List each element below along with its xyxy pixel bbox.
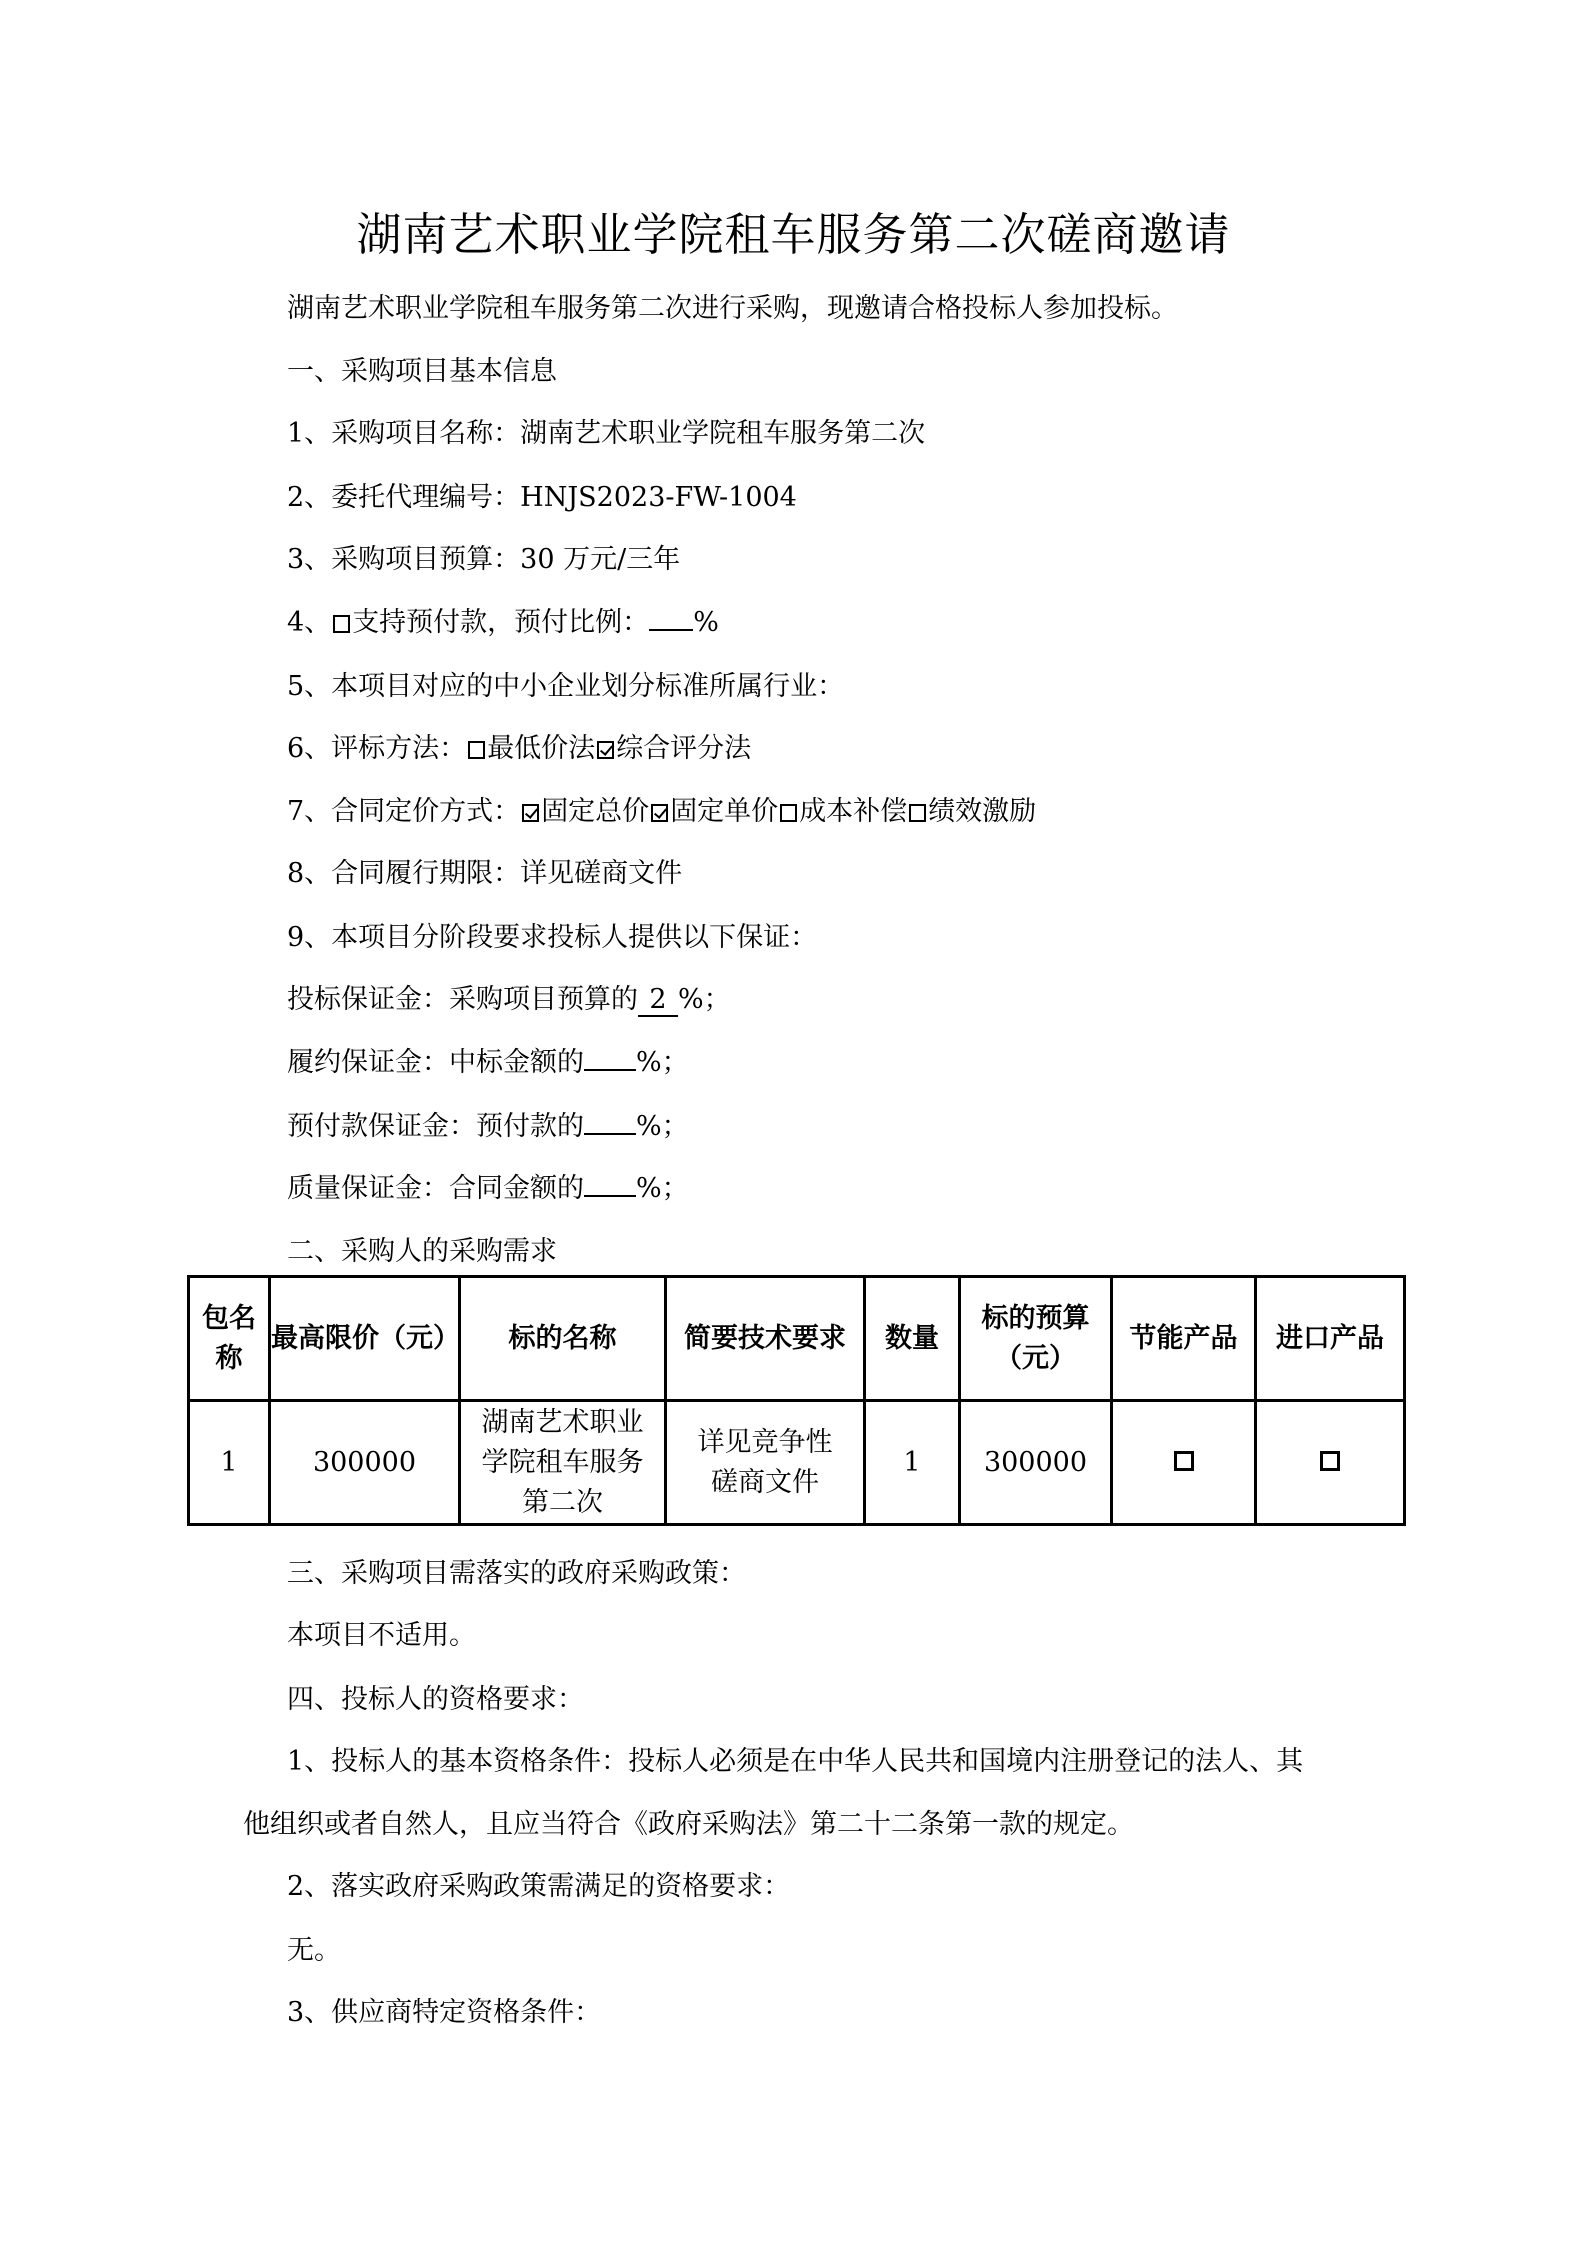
fixed-total-checkbox[interactable] (522, 804, 539, 822)
performance-guarantee-value (584, 1069, 636, 1071)
section3-heading: 三、采购项目需落实的政府采购政策： (287, 1556, 746, 1592)
section1-heading: 一、采购项目基本信息 (287, 354, 557, 390)
sme-industry-line: 5、本项目对应的中小企业划分标准所属行业： (287, 669, 844, 705)
quality-guarantee-line: 质量保证金：合同金额的%； (287, 1171, 689, 1207)
table-header-row: 包名称 最高限价（元） 标的名称 简要技术要求 数量 标的预算（元） 节能产品 … (189, 1277, 1405, 1401)
prepayment-label: 支持预付款，预付比例： (352, 607, 649, 638)
lowest-price-checkbox[interactable] (468, 741, 485, 759)
lowest-price-label: 最低价法 (487, 733, 595, 764)
table-row: 1 300000 湖南艺术职业学院租车服务第二次 详见竞争性磋商文件 1 300… (189, 1401, 1405, 1525)
performance-guarantee-label: 履约保证金：中标金额的 (287, 1047, 584, 1078)
bid-guarantee-value: 2 (638, 985, 678, 1017)
prepayment-checkbox[interactable] (333, 615, 350, 633)
quality-guarantee-value (584, 1195, 636, 1197)
intro-paragraph: 湖南艺术职业学院租车服务第二次进行采购，现邀请合格投标人参加投标。 (287, 291, 1178, 327)
basic-qualification-line2: 他组织或者自然人，且应当符合《政府采购法》第二十二条第一款的规定。 (243, 1807, 1134, 1843)
policy-qualification-body: 无。 (287, 1933, 341, 1969)
fixed-total-label: 固定总价 (541, 796, 649, 827)
prepayment-suffix: % (693, 607, 719, 638)
prepayment-guarantee-label: 预付款保证金：预付款的 (287, 1111, 584, 1142)
performance-guarantee-suffix: %； (636, 1047, 689, 1078)
cell-imported (1256, 1401, 1405, 1525)
cost-compensation-label: 成本补偿 (799, 796, 907, 827)
cell-budget: 300000 (960, 1401, 1112, 1525)
cell-package: 1 (189, 1401, 270, 1525)
section4-heading: 四、投标人的资格要求： (287, 1682, 584, 1718)
cell-max-price: 300000 (270, 1401, 460, 1525)
header-package: 包名称 (189, 1277, 270, 1401)
imported-checkbox[interactable] (1320, 1451, 1340, 1471)
header-subject-name: 标的名称 (460, 1277, 666, 1401)
specific-qualification-line: 3、供应商特定资格条件： (287, 1995, 601, 2031)
bid-guarantee-line: 投标保证金：采购项目预算的2%； (287, 982, 731, 1018)
requirements-table: 包名称 最高限价（元） 标的名称 简要技术要求 数量 标的预算（元） 节能产品 … (187, 1275, 1406, 1526)
header-energy-saving: 节能产品 (1112, 1277, 1256, 1401)
guarantee-intro-line: 9、本项目分阶段要求投标人提供以下保证： (287, 920, 817, 956)
prepayment-guarantee-line: 预付款保证金：预付款的%； (287, 1109, 689, 1145)
comprehensive-score-label: 综合评分法 (616, 733, 751, 764)
basic-qualification-line1: 1、投标人的基本资格条件：投标人必须是在中华人民共和国境内注册登记的法人、其 (287, 1744, 1303, 1780)
budget-line: 3、采购项目预算：30 万元/三年 (287, 542, 680, 578)
section3-body: 本项目不适用。 (287, 1618, 476, 1654)
project-name-line: 1、采购项目名称：湖南艺术职业学院租车服务第二次 (287, 416, 925, 452)
fixed-unit-checkbox[interactable] (651, 804, 668, 822)
quality-guarantee-suffix: %； (636, 1173, 689, 1204)
pricing-method-prefix: 7、合同定价方式： (287, 796, 520, 827)
evaluation-method-line: 6、评标方法：最低价法综合评分法 (287, 731, 751, 767)
header-tech-requirements: 简要技术要求 (666, 1277, 865, 1401)
prepayment-ratio-blank (649, 629, 693, 631)
performance-incentive-label: 绩效激励 (928, 796, 1036, 827)
performance-incentive-checkbox[interactable] (909, 804, 926, 822)
performance-guarantee-line: 履约保证金：中标金额的%； (287, 1045, 689, 1081)
cell-subject-name: 湖南艺术职业学院租车服务第二次 (460, 1401, 666, 1525)
prepayment-line: 4、支持预付款，预付比例：% (287, 605, 719, 641)
cost-compensation-checkbox[interactable] (780, 804, 797, 822)
cell-quantity: 1 (865, 1401, 960, 1525)
header-imported: 进口产品 (1256, 1277, 1405, 1401)
comprehensive-score-checkbox[interactable] (597, 741, 614, 759)
evaluation-method-prefix: 6、评标方法： (287, 733, 466, 764)
header-max-price: 最高限价（元） (270, 1277, 460, 1401)
quality-guarantee-label: 质量保证金：合同金额的 (287, 1173, 584, 1204)
bid-guarantee-label: 投标保证金：采购项目预算的 (287, 984, 638, 1015)
document-title: 湖南艺术职业学院租车服务第二次磋商邀请 (0, 206, 1587, 264)
cell-energy-saving (1112, 1401, 1256, 1525)
section2-heading: 二、采购人的采购需求 (287, 1234, 557, 1270)
cell-tech-requirements: 详见竞争性磋商文件 (666, 1401, 865, 1525)
prepayment-guarantee-value (584, 1133, 636, 1135)
agency-code-line: 2、委托代理编号：HNJS2023-FW-1004 (287, 480, 797, 516)
prepayment-guarantee-suffix: %； (636, 1111, 689, 1142)
policy-qualification-line: 2、落实政府采购政策需满足的资格要求： (287, 1869, 790, 1905)
energy-saving-checkbox[interactable] (1174, 1451, 1194, 1471)
pricing-method-line: 7、合同定价方式：固定总价固定单价成本补偿绩效激励 (287, 794, 1036, 830)
prepayment-prefix: 4、 (287, 607, 331, 638)
header-quantity: 数量 (865, 1277, 960, 1401)
header-budget: 标的预算（元） (960, 1277, 1112, 1401)
bid-guarantee-suffix: %； (678, 984, 731, 1015)
contract-term-line: 8、合同履行期限：详见磋商文件 (287, 856, 682, 892)
fixed-unit-label: 固定单价 (670, 796, 778, 827)
